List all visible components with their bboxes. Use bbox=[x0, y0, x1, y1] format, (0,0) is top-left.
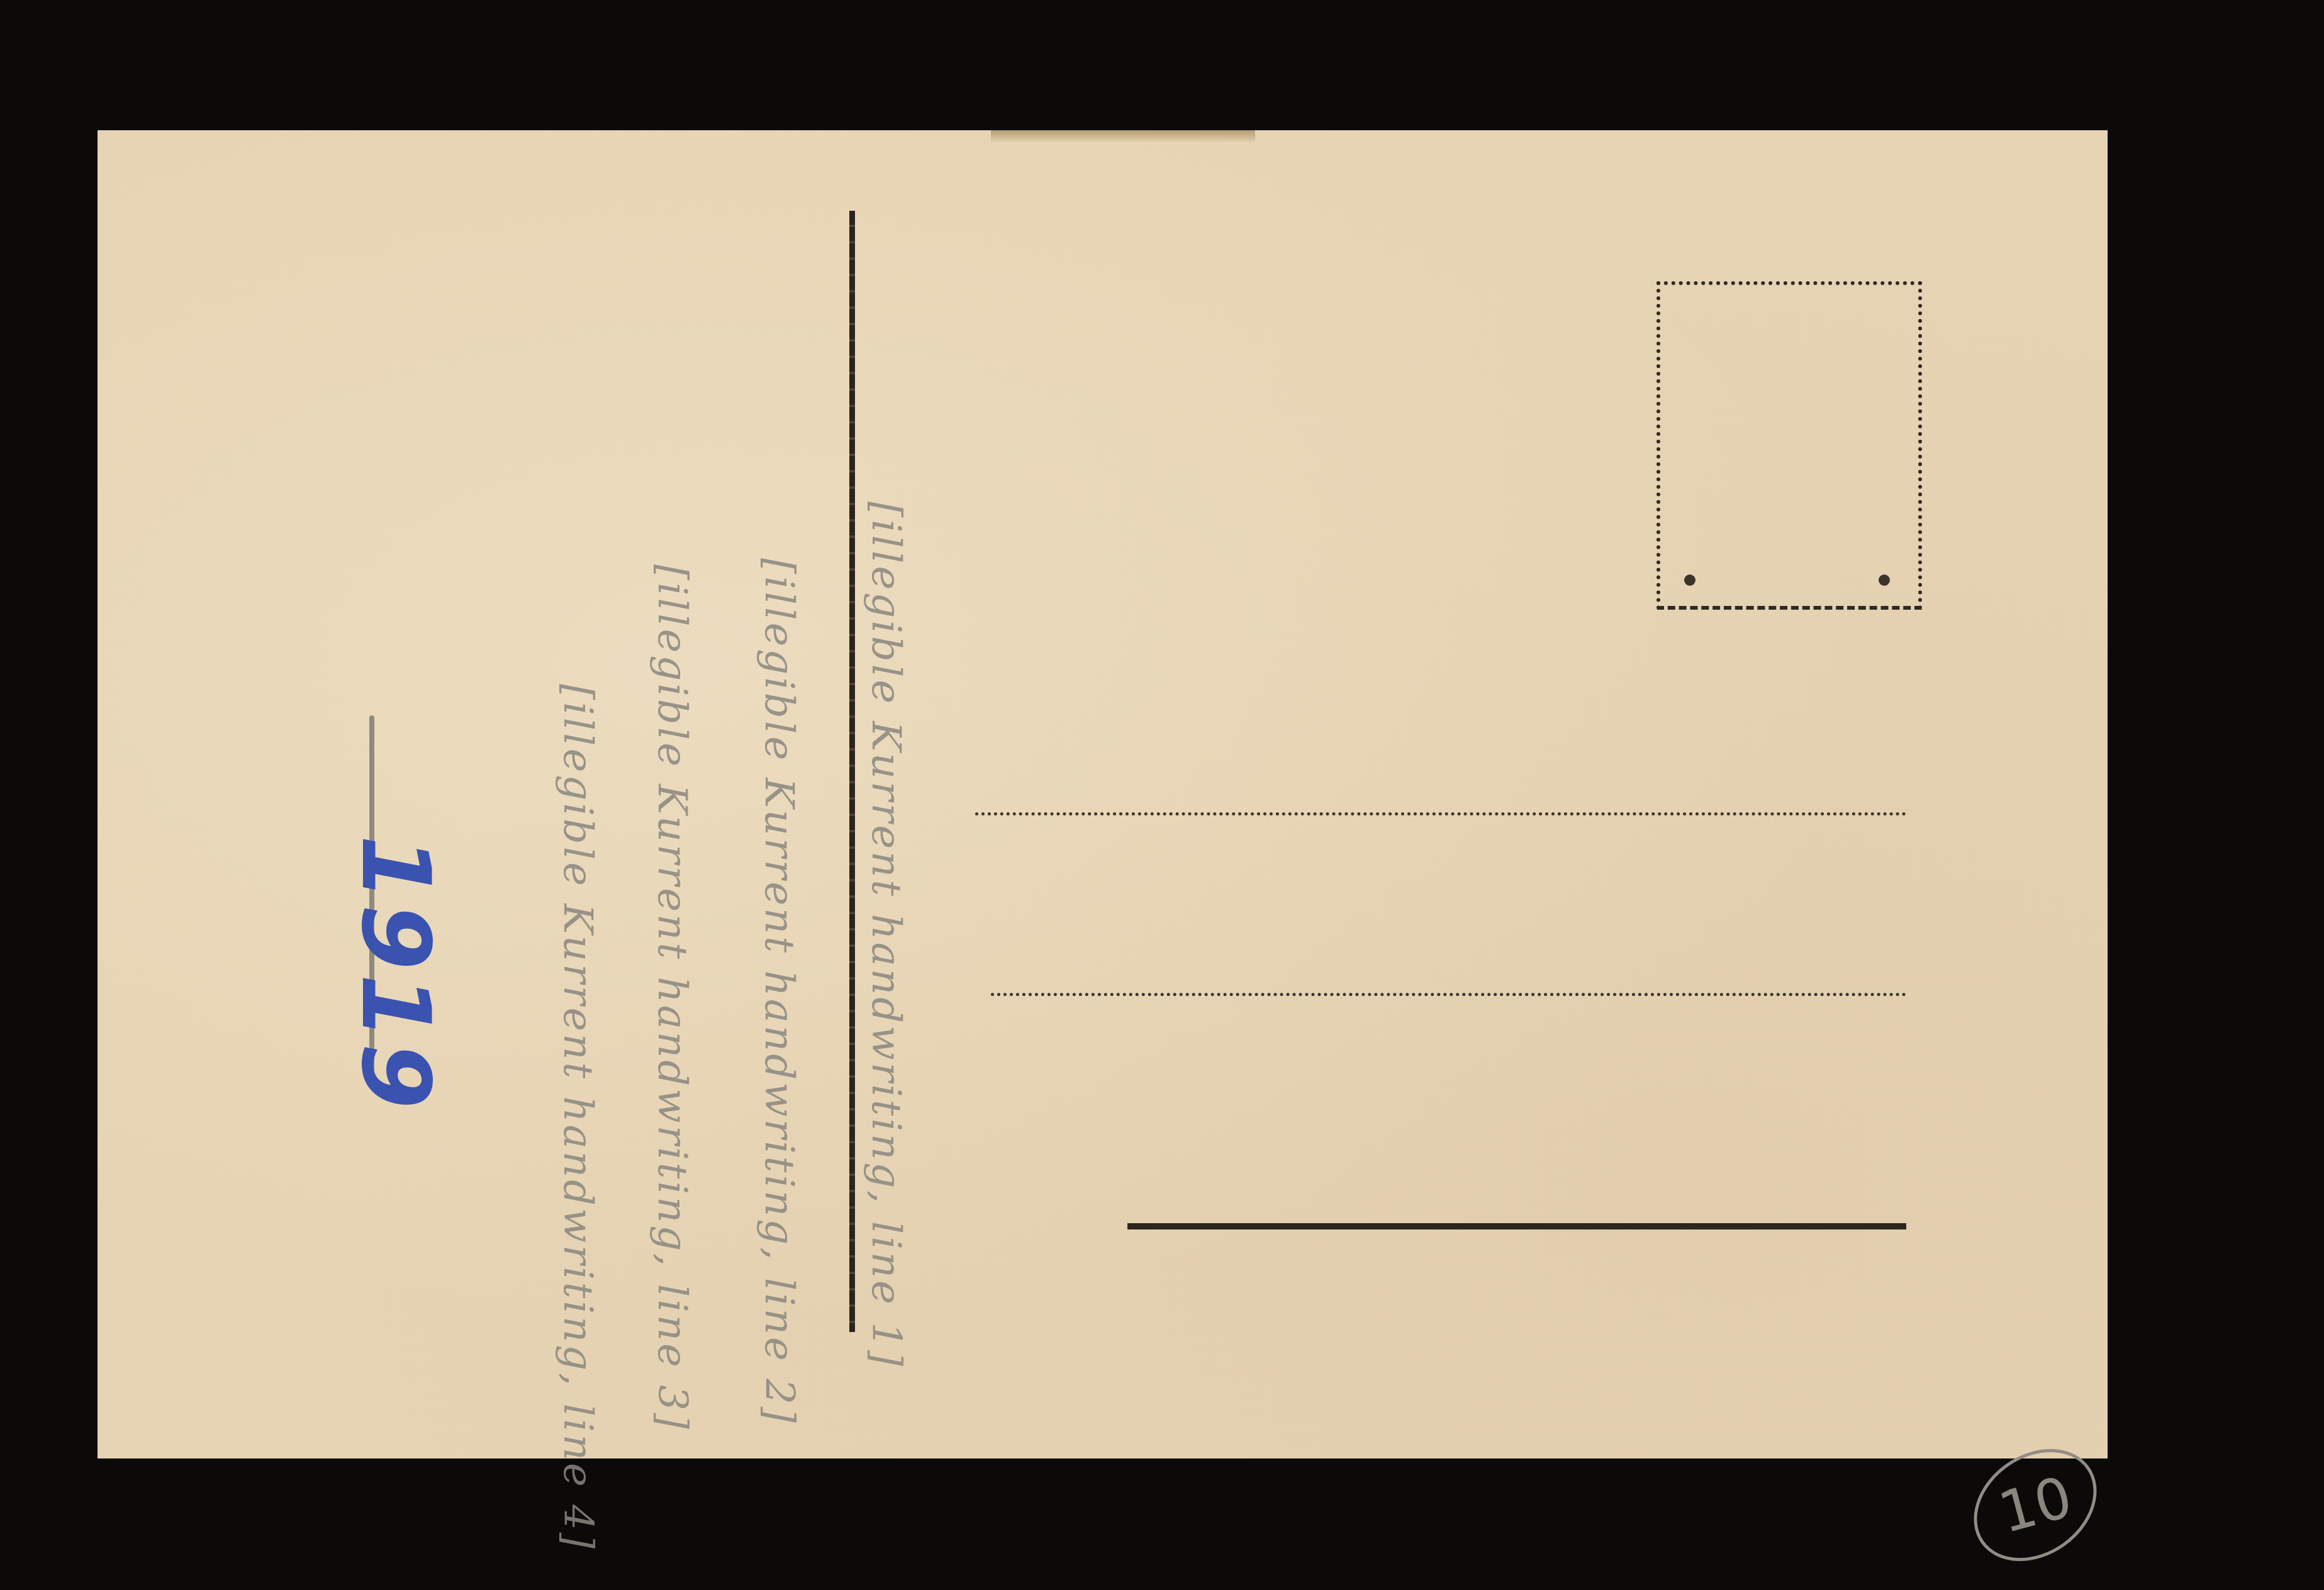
stamp-box bbox=[1656, 281, 1922, 610]
age-stain bbox=[991, 130, 1255, 143]
archive-number-text: 10 bbox=[1992, 1464, 2079, 1546]
center-divider-line bbox=[849, 211, 855, 1332]
address-line-1 bbox=[975, 812, 1906, 815]
handwritten-line: [illegible Kurrent handwriting, line 1] bbox=[863, 501, 909, 1369]
handwritten-line: [illegible Kurrent handwriting, line 3] bbox=[649, 564, 695, 1431]
address-line-2 bbox=[991, 993, 1906, 996]
stamp-corner-dot bbox=[1684, 574, 1696, 586]
postcard: [illegible Kurrent handwriting, line 1] … bbox=[98, 130, 2108, 1458]
handwritten-line: [illegible Kurrent handwriting, line 4] bbox=[554, 684, 601, 1551]
address-line-3 bbox=[1127, 1223, 1906, 1229]
circled-archive-number: 10 bbox=[1952, 1426, 2118, 1584]
handwritten-line: [illegible Kurrent handwriting, line 2] bbox=[756, 558, 802, 1425]
stamp-corner-dot bbox=[1879, 574, 1890, 586]
handwritten-year: 1919 bbox=[340, 835, 450, 1112]
